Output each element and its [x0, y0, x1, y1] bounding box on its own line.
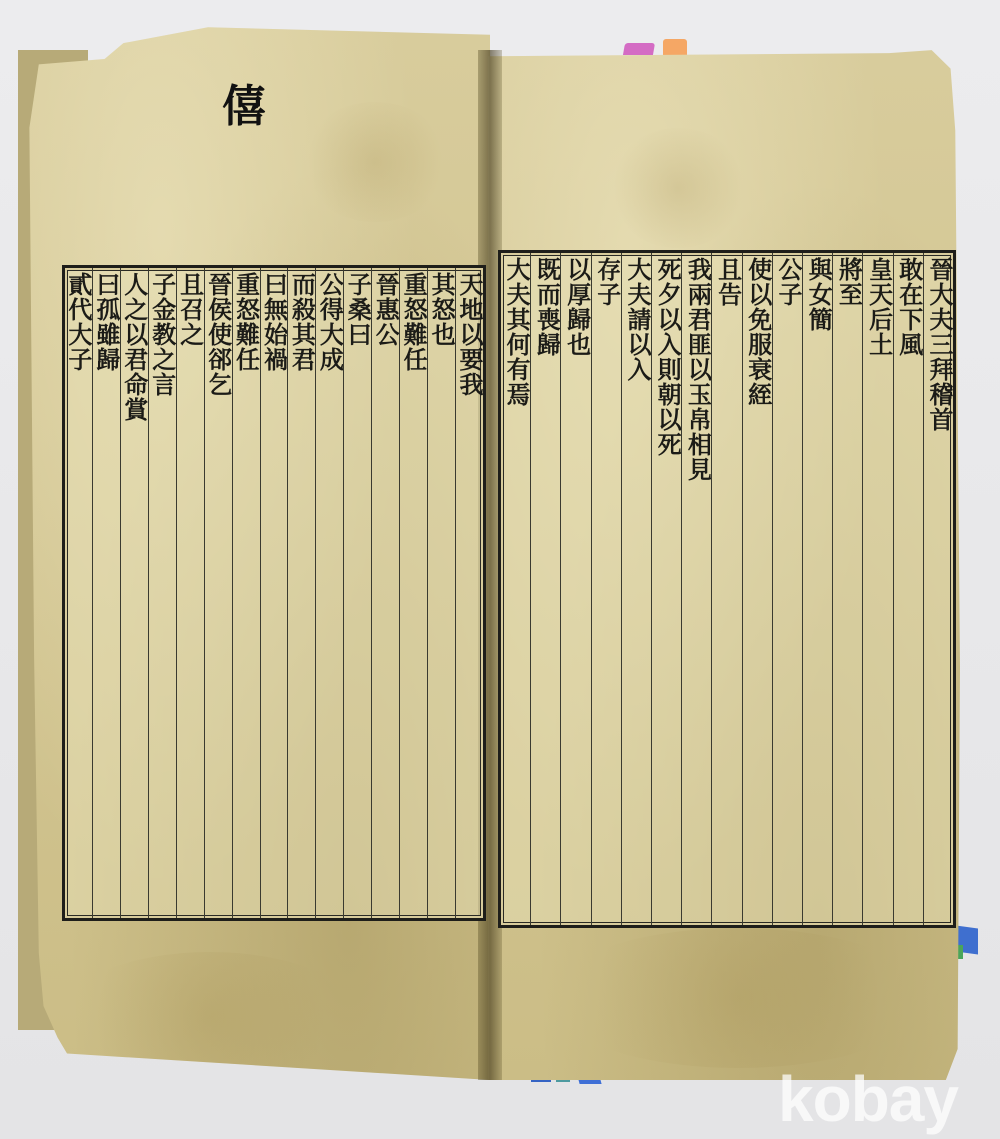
bookmark-tab-orange [663, 39, 687, 55]
text-column: 既而喪歸 [530, 253, 560, 925]
text-column: 與女簡 [802, 253, 832, 925]
text-column: 晉惠公 [371, 268, 399, 918]
text-column: 且召之 [176, 268, 204, 918]
text-column: 公得大成 [315, 268, 343, 918]
text-column: 曰無始禍 [260, 268, 288, 918]
bookmark-tab-pink [623, 43, 655, 55]
text-column: 子桑曰 [343, 268, 371, 918]
text-column: 子金教之言 [148, 268, 176, 918]
text-column: 且告 [711, 253, 741, 925]
watermark-logo: kobay [778, 1062, 958, 1136]
page-thumb-character: 僖 [222, 70, 266, 134]
text-column: 重怒難任 [399, 268, 427, 918]
text-column: 晉大夫三拜稽首 [923, 253, 953, 925]
text-column: 貳代大子 [65, 268, 92, 918]
text-column: 使以免服衰絰 [742, 253, 772, 925]
text-column: 存子 [591, 253, 621, 925]
left-text-block: 天地以要我 其怒也 重怒難任 晉惠公 子桑曰 公得大成 而殺其君 曰無始禍 重怒… [62, 265, 486, 921]
text-column: 而殺其君 [287, 268, 315, 918]
text-column: 將至 [832, 253, 862, 925]
text-column: 曰孤雖歸 [92, 268, 120, 918]
text-column: 皇天后土 [862, 253, 892, 925]
text-column: 敢在下風 [893, 253, 923, 925]
text-column: 晉侯使郤乞 [204, 268, 232, 918]
text-column: 死夕以入則朝以死 [651, 253, 681, 925]
text-column: 其怒也 [427, 268, 455, 918]
text-column: 公子 [772, 253, 802, 925]
text-column: 我兩君匪以玉帛相見 [681, 253, 711, 925]
text-column: 大夫請以入 [621, 253, 651, 925]
right-text-block: 晉大夫三拜稽首 敢在下風 皇天后土 將至 與女簡 公子 使以免服衰絰 且告 我兩… [498, 250, 956, 928]
text-column: 天地以要我 [455, 268, 483, 918]
text-column: 人之以君命賞 [120, 268, 148, 918]
text-column: 重怒難任 [232, 268, 260, 918]
text-column: 大夫其何有焉 [501, 253, 530, 925]
text-column: 以厚歸也 [560, 253, 590, 925]
